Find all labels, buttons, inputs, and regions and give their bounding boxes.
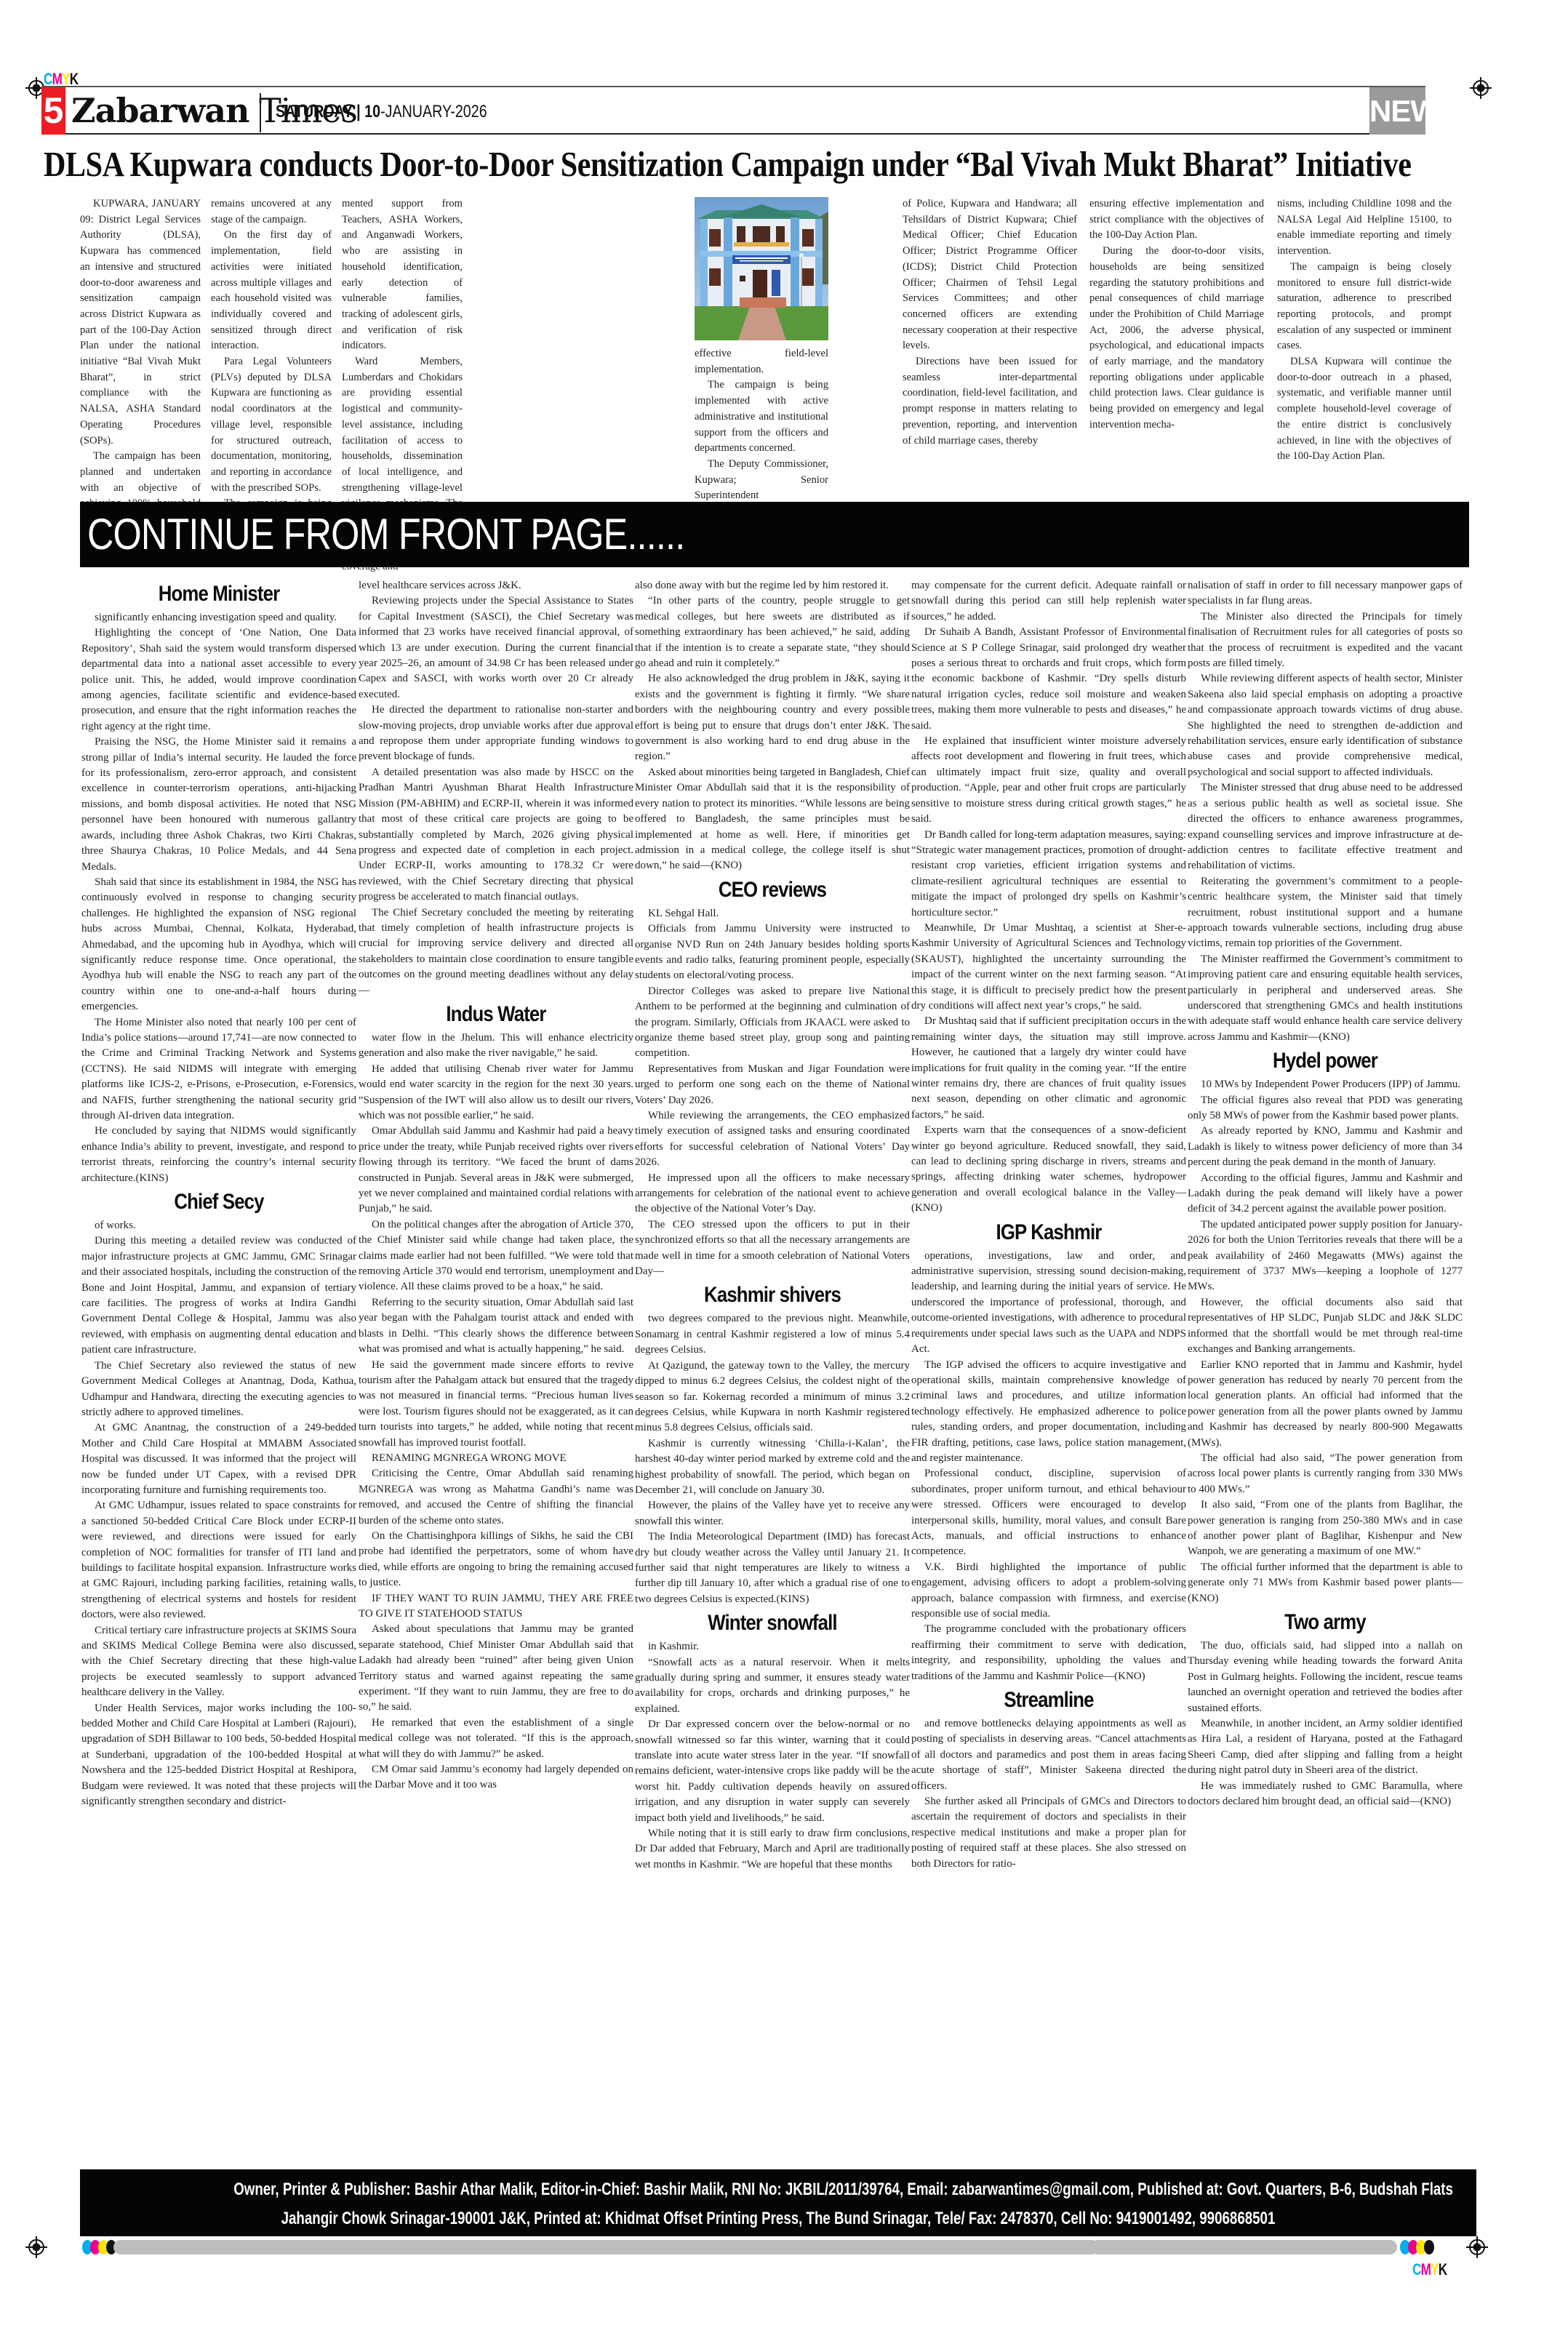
paragraph: The Deputy Commissioner, Kupwara; Senior… — [695, 457, 828, 504]
cmyk-m: M — [1421, 2260, 1431, 2278]
imprint-footer: Owner, Printer & Publisher: Bashir Athar… — [80, 2169, 1476, 2236]
paragraph: Earlier KNO reported that in Jammu and K… — [1188, 1358, 1463, 1451]
paragraph: He also acknowledged the drug problem in… — [635, 671, 910, 764]
paragraph: “In other parts of the country, people s… — [635, 593, 910, 671]
paragraph: At GMC Anantnag, the construction of a 2… — [81, 1420, 356, 1498]
color-bar-strip — [1091, 2240, 1397, 2254]
story-subheading: Hydel power — [1207, 1047, 1443, 1076]
issue-day: SATURDAY — [276, 102, 353, 121]
lead-story-column: ensuring effective implementation and st… — [1089, 196, 1264, 433]
paragraph: She further asked all Principals of GMCs… — [911, 1794, 1186, 1872]
paragraph: nisms, including Childline 1098 and the … — [1277, 196, 1452, 260]
lead-story-column: remains uncovered at any stage of the ca… — [211, 196, 332, 543]
story-subheading: Kashmir shivers — [654, 1281, 890, 1310]
paragraph: The campaign is being implemented with a… — [695, 377, 828, 457]
paragraph: A detailed presentation was also made by… — [359, 765, 633, 905]
paragraph: At GMC Udhampur, issues related to space… — [81, 1498, 356, 1622]
paragraph: in Kashmir. — [635, 1639, 910, 1654]
paragraph: Dr Mushtaq said that if sufficient preci… — [911, 1014, 1186, 1123]
paragraph: Professional conduct, discipline, superv… — [911, 1466, 1186, 1559]
continue-banner-text: CONTINUE FROM FRONT PAGE...... — [87, 509, 684, 559]
story-subheading: IGP Kashmir — [930, 1218, 1167, 1247]
paragraph: The official further informed that the d… — [1188, 1560, 1463, 1606]
paragraph: Asked about speculations that Jammu may … — [359, 1622, 633, 1715]
lead-story-column: of Police, Kupwara and Handwara; all Teh… — [903, 196, 1077, 449]
paragraph: However, the plains of the Valley have y… — [635, 1498, 910, 1529]
paragraph: Meanwhile, in another incident, an Army … — [1188, 1716, 1463, 1779]
black-dot-icon — [1424, 2240, 1434, 2254]
paragraph: On the first day of implementation, fiel… — [211, 228, 332, 354]
paragraph: The Minister also directed the Principal… — [1188, 609, 1463, 672]
page-number: 5 — [41, 87, 65, 135]
paragraph: The India Meteorological Department (IMD… — [635, 1529, 910, 1607]
paragraph: KUPWARA, JANUARY 09: District Legal Serv… — [80, 196, 201, 449]
paragraph: also done away with but the regime led b… — [635, 578, 910, 593]
paragraph: At Qazigund, the gateway town to the Val… — [635, 1358, 910, 1436]
paragraph: IF THEY WANT TO RUIN JAMMU, THEY ARE FRE… — [359, 1591, 633, 1622]
paragraph: Directions have been issued for seamless… — [903, 354, 1077, 449]
paragraph: He impressed upon all the officers to ma… — [635, 1171, 910, 1217]
story-subheading: Chief Secy — [100, 1188, 337, 1217]
paragraph: Reviewing projects under the Special Ass… — [359, 593, 633, 703]
paragraph: The programme concluded with the probati… — [911, 1622, 1186, 1684]
paragraph: Kashmir is currently witnessing ‘Chilla-… — [635, 1436, 910, 1499]
story-subheading: Winter snowfall — [654, 1609, 890, 1638]
imprint-line-2: Jahangir Chowk Srinagar-190001 J&K, Prin… — [233, 2204, 1323, 2233]
paragraph: KL Sehgal Hall. — [635, 906, 910, 921]
building-photo-icon — [695, 197, 828, 340]
paragraph: The IGP advised the officers to acquire … — [911, 1358, 1186, 1467]
paragraph: Shah said that since its establishment i… — [81, 875, 356, 1015]
paragraph: Para Legal Volunteers (PLVs) deputed by … — [211, 354, 332, 496]
masthead: 5 Zabarwan Times SATURDAY | 10-JANUARY-2… — [41, 86, 1425, 135]
paragraph: According to the official figures, Jammu… — [1188, 1171, 1463, 1217]
paragraph: mented support from Teachers, ASHA Worke… — [342, 196, 463, 354]
lead-story-photo — [695, 197, 828, 340]
continued-column: nalisation of staff in order to fill nec… — [1188, 578, 1463, 1809]
paragraph: Referring to the security situation, Oma… — [359, 1295, 633, 1358]
cmyk-label-bottom: CMYK — [1412, 2260, 1447, 2279]
color-bar-strip — [113, 2240, 1099, 2254]
paragraph: DLSA Kupwara will continue the door-to-d… — [1277, 354, 1452, 465]
paragraph: Reiterating the government’s commitment … — [1188, 874, 1463, 952]
paragraph: The Minister stressed that drug abuse ne… — [1188, 780, 1463, 873]
cmyk-k: K — [1439, 2260, 1447, 2278]
paragraph: Under Health Services, major works inclu… — [81, 1701, 356, 1810]
paragraph: During the door-to-door visits, househol… — [1089, 244, 1264, 433]
paragraph: He remarked that even the establishment … — [359, 1716, 633, 1762]
paragraph: He said the government made sincere effo… — [359, 1358, 633, 1451]
paragraph: 10 MWs by Independent Power Producers (I… — [1188, 1077, 1463, 1092]
lead-story-column: nisms, including Childline 1098 and the … — [1277, 196, 1452, 465]
imprint-line-1: Owner, Printer & Publisher: Bashir Athar… — [233, 2169, 1323, 2204]
paragraph: On the Chattisinghpora killings of Sikhs… — [359, 1529, 633, 1591]
lead-story-column: effective field-level implementation.The… — [695, 346, 828, 504]
issue-date-day: 10 — [364, 102, 380, 121]
paragraph: Representatives from Muskan and Jigar Fo… — [635, 1062, 910, 1108]
section-tag: NEWS — [1369, 87, 1425, 135]
paragraph: Dr Dar expressed concern over the below-… — [635, 1717, 910, 1826]
paragraph: effective field-level implementation. — [695, 346, 828, 377]
paragraph: He explained that insufficient winter mo… — [911, 734, 1186, 827]
paragraph: Experts warn that the consequences of a … — [911, 1123, 1186, 1216]
paragraph: water flow in the Jhelum. This will enha… — [359, 1031, 633, 1062]
paragraph: V.K. Birdi highlighted the importance of… — [911, 1560, 1186, 1622]
registration-mark-icon — [1469, 2239, 1485, 2255]
paragraph: Officials from Jammu University were ins… — [635, 921, 910, 984]
paragraph: The Home Minister also noted that nearly… — [81, 1015, 356, 1124]
paragraph: However, the official documents also sai… — [1188, 1295, 1463, 1358]
paragraph: level healthcare services across J&K. — [359, 578, 633, 593]
paragraph: CM Omar said Jammu’s economy had largely… — [359, 1762, 633, 1793]
paragraph: He added that utilising Chenab river wat… — [359, 1062, 633, 1124]
lead-headline: DLSA Kupwara conducts Door-to-Door Sensi… — [44, 143, 1239, 186]
paragraph: significantly enhancing investigation sp… — [81, 610, 356, 625]
paragraph: Praising the NSG, the Home Minister said… — [81, 735, 356, 875]
continued-column: also done away with but the regime led b… — [635, 578, 910, 1873]
cmyk-y: Y — [1431, 2260, 1439, 2278]
paragraph: On the political changes after the abrog… — [359, 1217, 633, 1295]
paragraph: It also said, “From one of the plants fr… — [1188, 1497, 1463, 1560]
paragraph: The official had also said, “The power g… — [1188, 1451, 1463, 1497]
paragraph: Highlighting the concept of ‘One Nation,… — [81, 625, 356, 735]
paragraph: Omar Abdullah said Jammu and Kashmir had… — [359, 1124, 633, 1217]
paragraph: Dr Suhaib A Bandh, Assistant Professor o… — [911, 625, 1186, 734]
paragraph: Meanwhile, Dr Umar Mushtaq, a scientist … — [911, 921, 1186, 1014]
paragraph: operations, investigations, law and orde… — [911, 1249, 1186, 1358]
paragraph: During this meeting a detailed review wa… — [81, 1233, 356, 1358]
paragraph: and remove bottlenecks delaying appointm… — [911, 1716, 1186, 1794]
paragraph: two degrees compared to the previous nig… — [635, 1311, 910, 1358]
paragraph: While reviewing different aspects of hea… — [1188, 671, 1463, 780]
paragraph: Asked about minorities being targeted in… — [635, 765, 910, 874]
paragraph: He was immediately rushed to GMC Baramul… — [1188, 1779, 1463, 1810]
paragraph: “Snowfall acts as a natural reservoir. W… — [635, 1655, 910, 1718]
paragraph: The Chief Secretary concluded the meetin… — [359, 905, 633, 999]
paragraph: Director Colleges was asked to prepare l… — [635, 984, 910, 1062]
cmyk-c: C — [1412, 2260, 1421, 2278]
paragraph: The Chief Secretary also reviewed the st… — [81, 1358, 356, 1421]
paragraph: He directed the department to rationalis… — [359, 703, 633, 765]
continue-from-front-page-banner: CONTINUE FROM FRONT PAGE...... — [80, 502, 1469, 567]
paragraph: While reviewing the arrangements, the CE… — [635, 1108, 910, 1171]
issue-date: SATURDAY | 10-JANUARY-2026 — [276, 102, 487, 122]
continued-column: level healthcare services across J&K.Rev… — [359, 578, 633, 1793]
registration-mark-icon — [28, 2239, 44, 2255]
newspaper-name-bold: Zabarwan — [71, 91, 249, 130]
story-subheading: Streamline — [930, 1686, 1167, 1715]
story-subheading: Home Minister — [100, 580, 337, 609]
paragraph: He concluded by saying that NIDMS would … — [81, 1124, 356, 1186]
story-subheading: Indus Water — [377, 1000, 614, 1029]
paragraph: The duo, officials said, had slipped int… — [1188, 1638, 1463, 1716]
paragraph: The official figures also reveal that PD… — [1188, 1093, 1463, 1124]
paragraph: remains uncovered at any stage of the ca… — [211, 196, 332, 228]
continued-column: may compensate for the current deficit. … — [911, 578, 1186, 1872]
paragraph: may compensate for the current deficit. … — [911, 578, 1186, 625]
paragraph: nalisation of staff in order to fill nec… — [1188, 578, 1463, 609]
paragraph: ensuring effective implementation and st… — [1089, 196, 1264, 244]
paragraph: The CEO stressed upon the officers to pu… — [635, 1217, 910, 1280]
paragraph: Critical tertiary care infrastructure pr… — [81, 1623, 356, 1701]
paragraph: While noting that it is still early to d… — [635, 1826, 910, 1873]
paragraph: The Minister reaffirmed the Government’s… — [1188, 952, 1463, 1045]
paragraph: The updated anticipated power supply pos… — [1188, 1217, 1463, 1295]
paragraph: RENAMING MGNREGA WRONG MOVE — [359, 1451, 633, 1466]
paragraph: of Police, Kupwara and Handwara; all Teh… — [903, 196, 1077, 354]
continued-column: Home Ministersignificantly enhancing inv… — [81, 578, 356, 1809]
masthead-divider — [260, 93, 261, 132]
registration-mark-icon — [1473, 80, 1489, 96]
paragraph: Criticising the Centre, Omar Abdullah sa… — [359, 1466, 633, 1529]
date-separator: | — [353, 102, 364, 121]
paragraph: of works. — [81, 1218, 356, 1233]
story-subheading: CEO reviews — [654, 876, 890, 905]
issue-date-rest: -JANUARY-2026 — [380, 102, 487, 121]
paragraph: The campaign is being closely monitored … — [1277, 260, 1452, 354]
story-subheading: Two army — [1207, 1608, 1443, 1637]
paragraph: Dr Bandh called for long-term adaptation… — [911, 828, 1186, 921]
paragraph: As already reported by KNO, Jammu and Ka… — [1188, 1124, 1463, 1170]
